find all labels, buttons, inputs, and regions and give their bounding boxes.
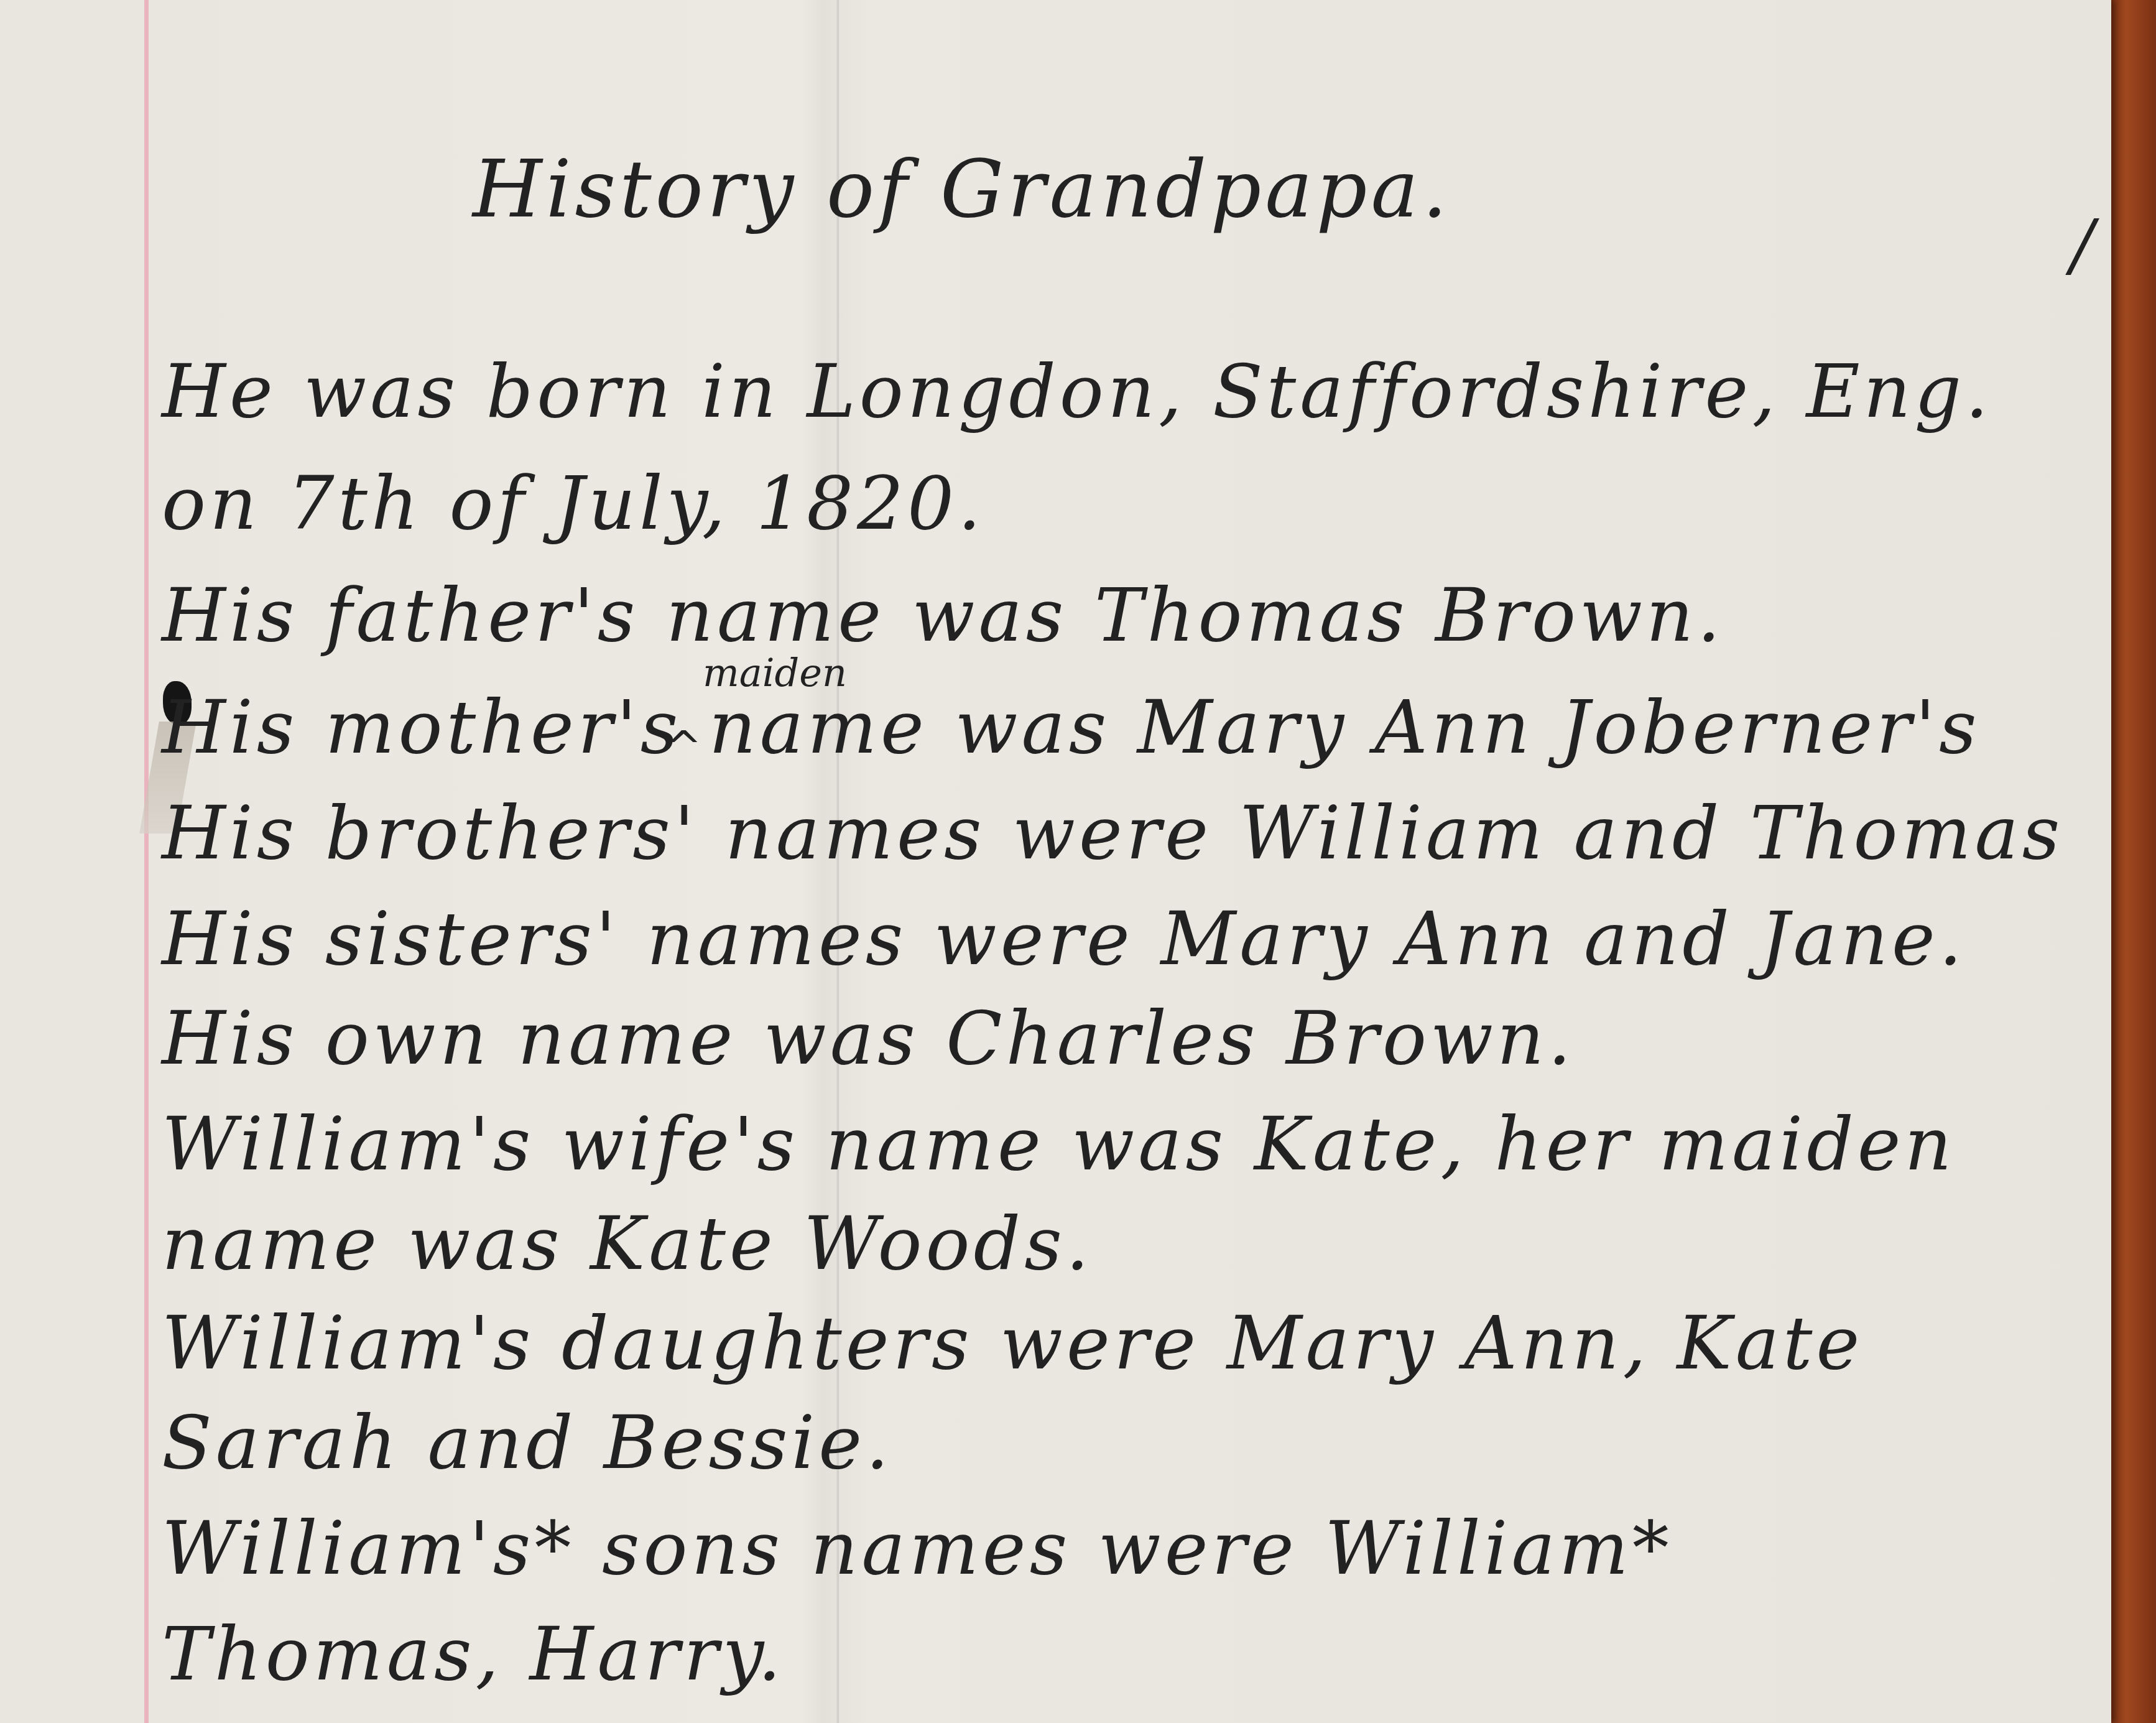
text-line-7: His own name was Charles Brown. — [162, 995, 1575, 1081]
text-line-9: name was Kate Woods. — [162, 1201, 1093, 1286]
text-line-6: His sisters' names were Mary Ann and Jan… — [162, 896, 1966, 982]
text-line-11: Sarah and Bessie. — [162, 1400, 893, 1485]
text-line-4: His mother's name was Mary Ann Joberner'… — [162, 684, 1981, 770]
wooden-table-edge — [2106, 0, 2156, 1723]
page-title: History of Grandpapa. — [473, 143, 1451, 236]
text-line-10: William's daughters were Mary Ann, Kate — [162, 1300, 1863, 1386]
text-line-2: on 7th of July, 1820. — [162, 460, 985, 546]
margin-rule — [144, 0, 149, 1723]
text-line-8: William's wife's name was Kate, her maid… — [162, 1101, 1956, 1187]
text-line-12: William's* sons names were William* — [162, 1505, 1673, 1591]
text-line-3: His father's name was Thomas Brown. — [162, 572, 1724, 658]
handwritten-page: History of Grandpapa. / He was born in L… — [0, 0, 2111, 1723]
text-line-5: His brothers' names were William and Tho… — [162, 790, 2063, 876]
text-line-1: He was born in Longdon, Staffordshire, E… — [162, 348, 1992, 434]
margin-mark: / — [2071, 205, 2094, 285]
text-line-13: Thomas, Harry. — [162, 1611, 785, 1697]
